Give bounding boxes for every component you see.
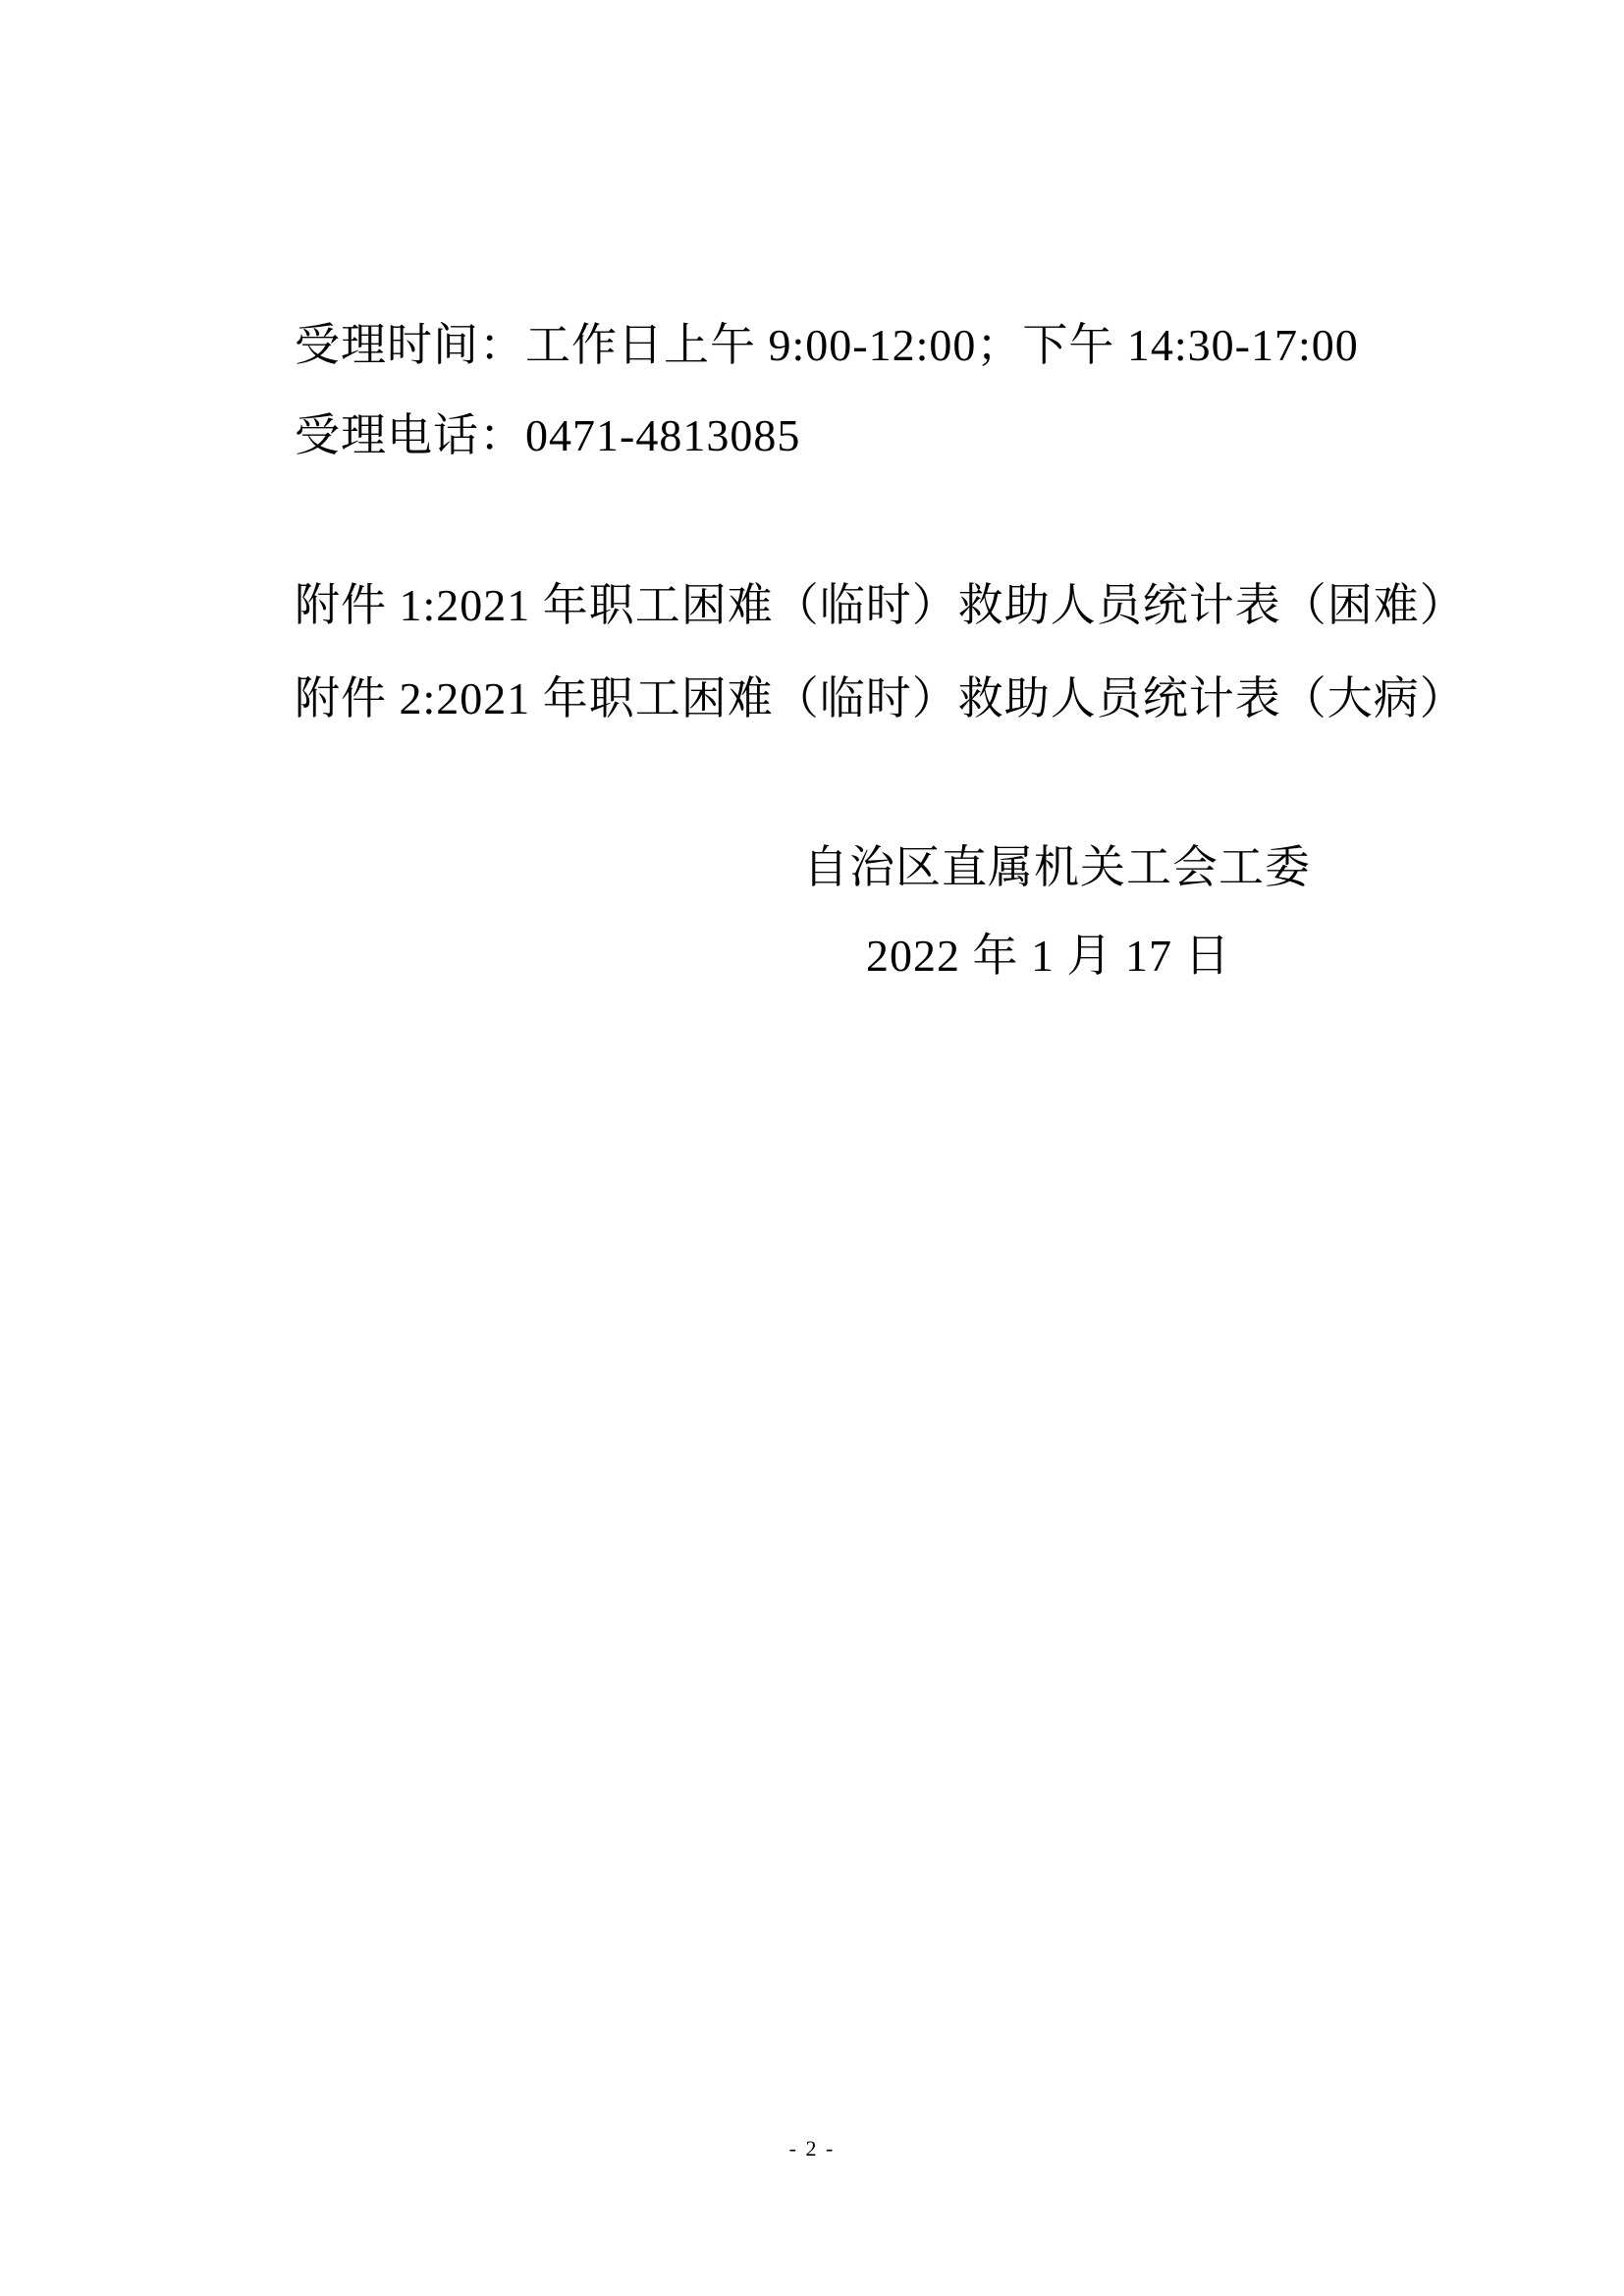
attachment-2-line: 附件 2:2021 年职工困难（临时）救助人员统计表（大病）	[295, 667, 1466, 730]
attachment-1-line: 附件 1:2021 年职工困难（临时）救助人员统计表（困难）	[295, 574, 1466, 637]
acceptance-time-line: 受理时间：工作日上午 9:00-12:00；下午 14:30-17:00	[295, 314, 1359, 377]
document-page: 受理时间：工作日上午 9:00-12:00；下午 14:30-17:00 受理电…	[0, 0, 1624, 2296]
signature-organization: 自治区直属机关工会工委	[803, 836, 1311, 899]
acceptance-phone-line: 受理电话：0471-4813085	[295, 404, 800, 467]
page-number: - 2 -	[0, 2136, 1624, 2162]
signature-date: 2022 年 1 月 17 日	[866, 925, 1231, 988]
